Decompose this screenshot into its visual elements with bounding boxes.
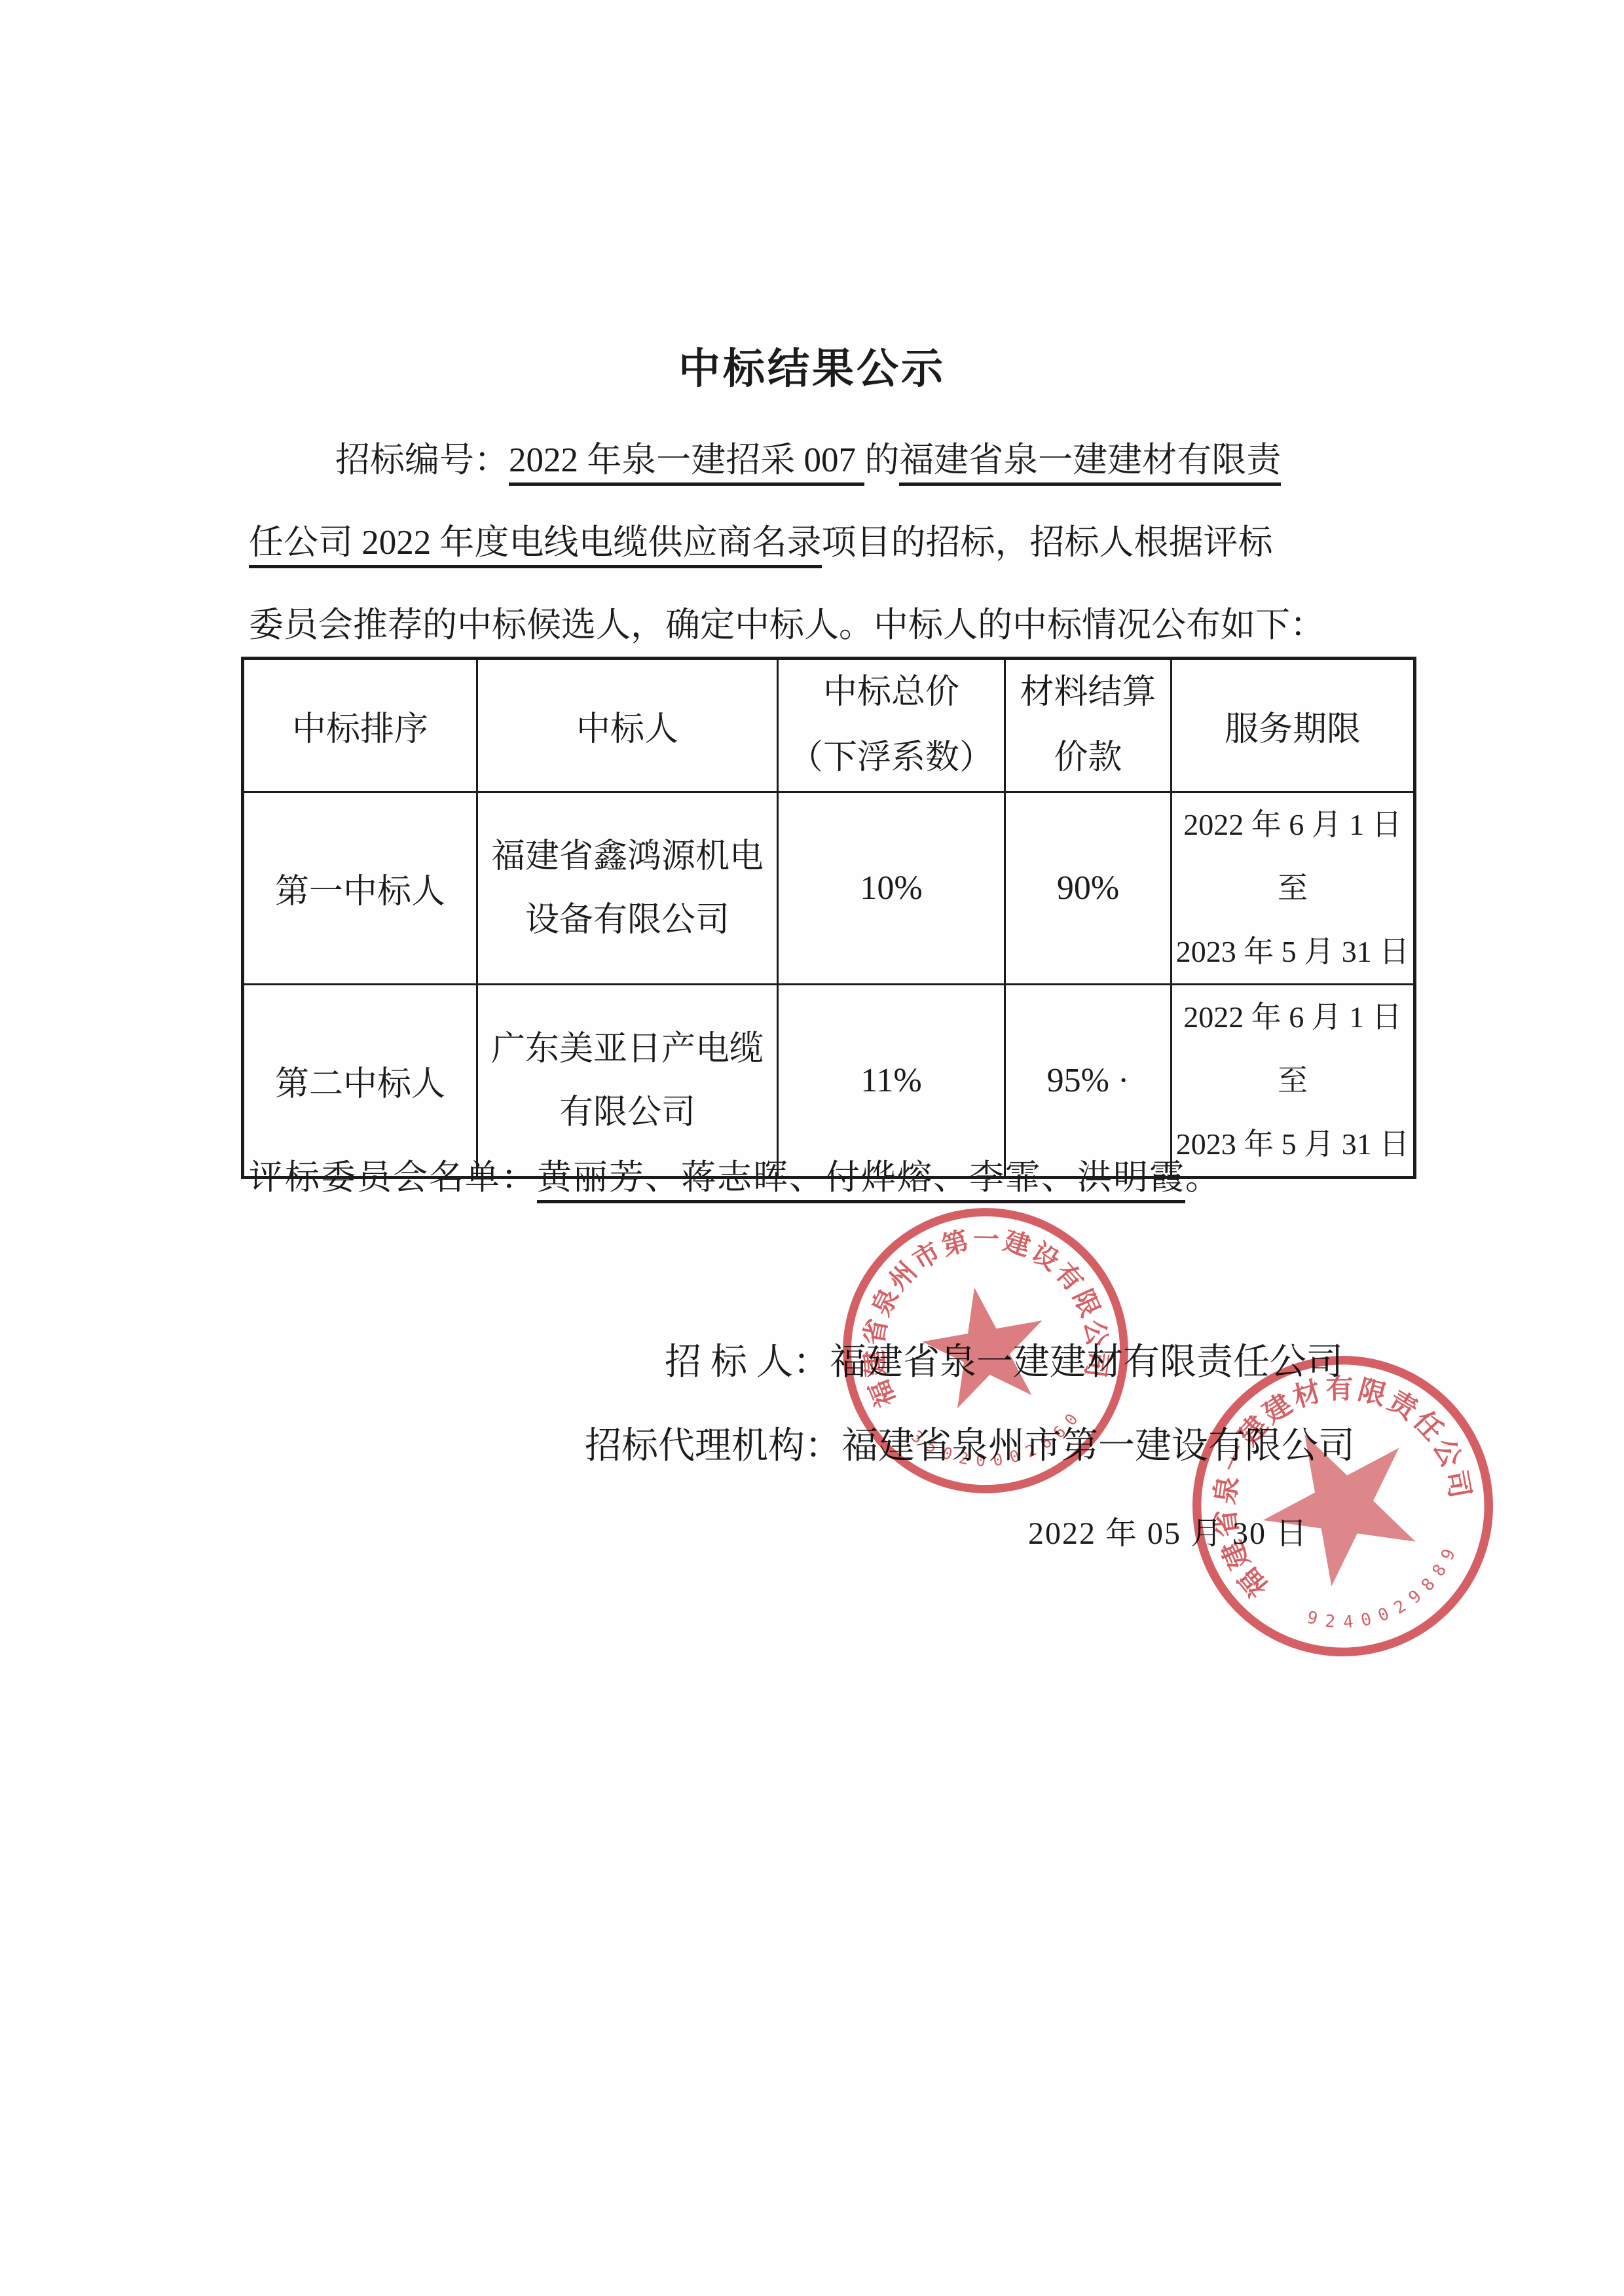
seal-company-text: 福建省泉州市第一建设有限公司 (839, 1204, 1120, 1424)
cell-winner-1-line1: 福建省鑫鸿源机电 (478, 825, 777, 888)
cell-winner-2-line2: 有限公司 (478, 1081, 777, 1144)
header-price-line1: 中标总价 (779, 660, 1004, 725)
paragraph-connector: 的 (864, 441, 899, 479)
table-row: 第一中标人 福建省鑫鸿源机电 设备有限公司 10% 90% 2022 年 6 月… (243, 792, 1415, 985)
cell-rank-2: 第二中标人 (243, 985, 477, 1178)
header-winner: 中标人 (477, 659, 778, 792)
paragraph-line-1: 招标编号：2022 年泉一建招采 007 的福建省泉一建建材有限责 (249, 419, 1411, 501)
paragraph-text-3: 委员会推荐的中标候选人，确定中标人。中标人的中标情况公布如下： (249, 606, 1325, 644)
committee-label: 评标委员会名单： (249, 1159, 537, 1197)
bidder-name: 福建省泉一建建材有限责任公司 (830, 1342, 1343, 1383)
intro-paragraph: 招标编号：2022 年泉一建招采 007 的福建省泉一建建材有限责 任公司 20… (249, 419, 1411, 666)
cell-rank-1: 第一中标人 (243, 792, 477, 985)
header-price: 中标总价 （下浮系数） (778, 659, 1005, 792)
bidder-label: 招 标 人： (665, 1342, 830, 1383)
cell-winner-2: 广东美亚日产电缆 有限公司 (477, 985, 778, 1178)
scanned-document-page: 中标结果公示 招标编号：2022 年泉一建招采 007 的福建省泉一建建材有限责… (0, 0, 1624, 2296)
cell-winner-1: 福建省鑫鸿源机电 设备有限公司 (477, 792, 778, 985)
bid-result-table-wrapper: 中标排序 中标人 中标总价 （下浮系数） 材料结算 价款 服务期限 第一中标人 … (241, 657, 1416, 1179)
paragraph-line-2: 任公司 2022 年度电线电缆供应商名录项目的招标，招标人根据评标 (249, 501, 1411, 584)
committee-names: 黄丽芳、蒋志晖、付烨熔、李霏、洪明霞 (537, 1159, 1185, 1203)
agency-label: 招标代理机构： (585, 1426, 841, 1467)
page-title: 中标结果公示 (0, 335, 1624, 395)
bid-result-table: 中标排序 中标人 中标总价 （下浮系数） 材料结算 价款 服务期限 第一中标人 … (241, 657, 1416, 1179)
table-row: 第二中标人 广东美亚日产电缆 有限公司 11% 95% · 2022 年 6 月… (243, 985, 1415, 1178)
document-date: 2022 年 05 月 30 日 (1028, 1508, 1308, 1553)
table-header-row: 中标排序 中标人 中标总价 （下浮系数） 材料结算 价款 服务期限 (243, 659, 1415, 792)
header-service: 服务期限 (1172, 659, 1415, 792)
bid-number-label: 招标编号： (335, 441, 509, 479)
project-name-part1: 福建省泉一建建材有限责 (899, 441, 1281, 486)
header-material: 材料结算 价款 (1005, 659, 1172, 792)
agency-line: 招标代理机构：福建省泉州市第一建设有限公司 (585, 1417, 1355, 1469)
cell-winner-1-line2: 设备有限公司 (478, 888, 777, 952)
committee-line: 评标委员会名单：黄丽芳、蒋志晖、付烨熔、李霏、洪明霞。 (249, 1150, 1221, 1199)
cell-material-2: 95% · (1005, 985, 1172, 1178)
project-name-part2: 任公司 2022 年度电线电缆供应商名录 (249, 524, 822, 568)
header-price-line2: （下浮系数） (779, 725, 1004, 791)
header-material-line1: 材料结算 (1006, 660, 1170, 725)
cell-service-2: 2022 年 6 月 1 日至 2023 年 5 月 31 日 (1172, 985, 1415, 1178)
cell-service-1: 2022 年 6 月 1 日至 2023 年 5 月 31 日 (1172, 792, 1415, 985)
header-material-line2: 价款 (1006, 725, 1170, 791)
committee-period: 。 (1185, 1159, 1221, 1197)
seal-serial-number: 9240029889 (1298, 1531, 1479, 1660)
paragraph-text-2: 项目的招标，招标人根据评标 (822, 524, 1273, 562)
bidder-line: 招 标 人：福建省泉一建建材有限责任公司 (665, 1333, 1343, 1385)
cell-service-1-line2: 2023 年 5 月 31 日 (1172, 920, 1413, 983)
cell-price-2: 11% (778, 985, 1005, 1178)
bid-number-value: 2022 年泉一建招采 007 (509, 441, 864, 486)
cell-service-1-line1: 2022 年 6 月 1 日至 (1172, 793, 1413, 920)
paragraph-line-3: 委员会推荐的中标候选人，确定中标人。中标人的中标情况公布如下： (249, 584, 1411, 666)
cell-winner-2-line1: 广东美亚日产电缆 (478, 1017, 777, 1081)
cell-service-2-line1: 2022 年 6 月 1 日至 (1172, 985, 1413, 1112)
agency-name: 福建省泉州市第一建设有限公司 (841, 1426, 1355, 1467)
cell-price-1: 10% (778, 792, 1005, 985)
cell-material-1: 90% (1005, 792, 1172, 985)
header-rank: 中标排序 (243, 659, 477, 792)
